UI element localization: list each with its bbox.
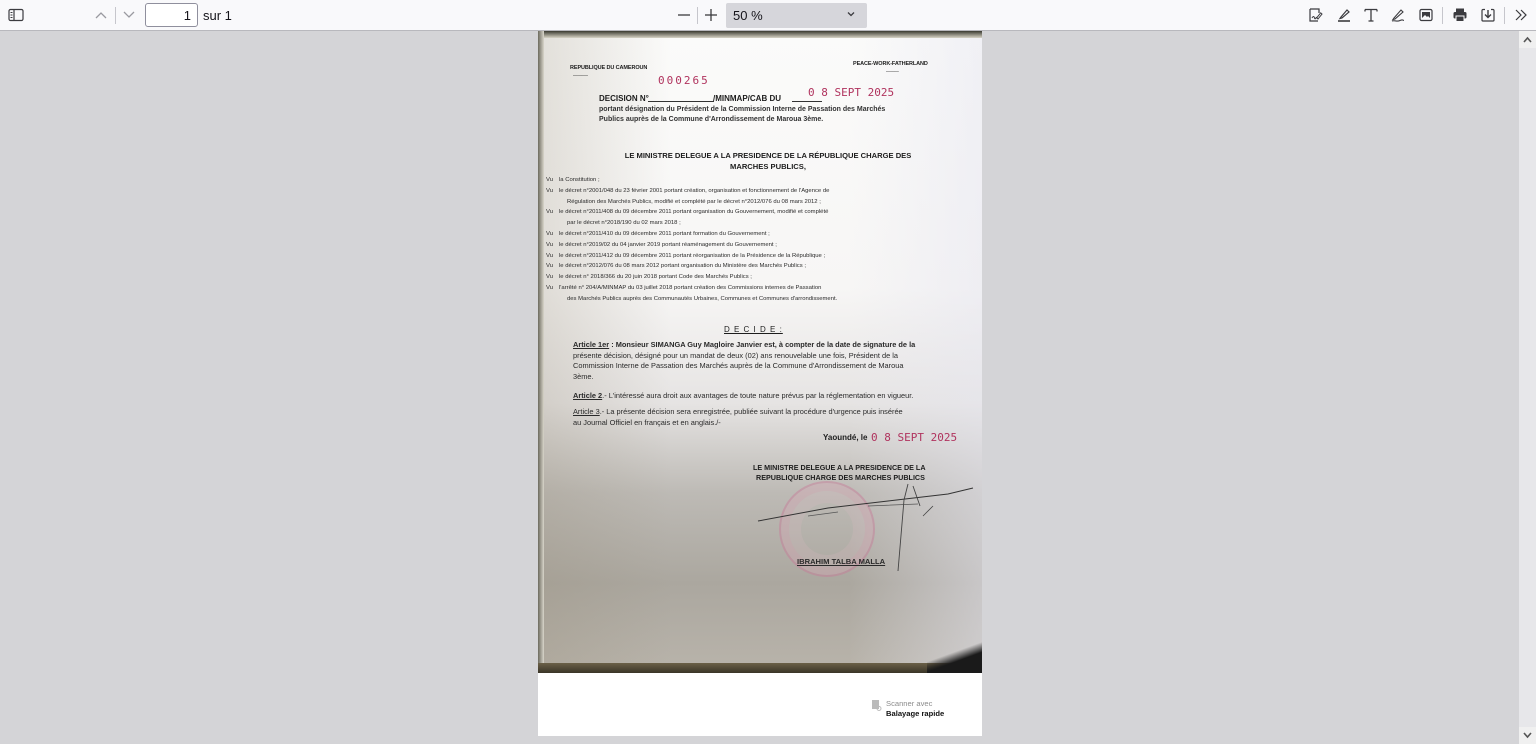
- chevron-down-icon: [1523, 732, 1532, 739]
- image-icon: [1418, 7, 1434, 23]
- previous-page-button[interactable]: [90, 4, 112, 26]
- zoom-level-value: 50 %: [733, 8, 763, 23]
- document-content: REPUBLIQUE DU CAMEROUN ‒‒‒‒‒‒‒ PEACE-WOR…: [538, 31, 982, 673]
- decision-number-stamp: 000265: [658, 74, 710, 87]
- vu-prefix: Vu: [546, 188, 559, 194]
- vu-prefix: Vu: [546, 177, 559, 183]
- vu-item: Vule décret n°2001/048 du 23 février 200…: [546, 188, 829, 194]
- vertical-scrollbar[interactable]: [1519, 31, 1536, 744]
- signatory-name: IBRAHIM TALBA MALLA: [797, 557, 885, 566]
- header-right-rule: ‒‒‒‒‒‒: [886, 68, 899, 73]
- vu-item: Vule décret n°2011/410 du 09 décembre 20…: [546, 231, 770, 237]
- vu-item: Vule décret n° 2018/366 du 20 juin 2018 …: [546, 274, 752, 280]
- article-1-line: 3ème.: [573, 372, 915, 383]
- article-1-line: présente décision, désigné pour un manda…: [573, 351, 915, 362]
- vu-text: l'arrêté n° 204/A/MINMAP du 03 juillet 2…: [559, 285, 821, 291]
- pdf-toolbar: sur 1 50 %: [0, 0, 1536, 31]
- scanner-watermark-line-2: Balayage rapide: [886, 709, 944, 718]
- save-button[interactable]: [1477, 4, 1499, 26]
- decision-date-stamp: 0 8 SEPT 2025: [808, 86, 894, 99]
- place-date-prefix: Yaoundé, le: [823, 433, 867, 442]
- print-icon: [1452, 7, 1468, 23]
- vu-item: Régulation des Marchés Publics, modifié …: [546, 199, 821, 205]
- decision-blank: [648, 101, 714, 102]
- chevron-down-icon: [122, 10, 136, 20]
- scanner-watermark: Scanner avec Balayage rapide: [870, 699, 944, 718]
- separator: [115, 7, 116, 24]
- subject-line-2: Publics auprès de la Commune d'Arrondiss…: [599, 116, 823, 123]
- scroll-down-button[interactable]: [1519, 727, 1536, 744]
- minister-title-line-2: MARCHES PUBLICS,: [546, 162, 982, 171]
- draw-icon: [1390, 7, 1406, 23]
- vu-text: par le décret n°2018/190 du 02 mars 2018…: [567, 220, 681, 226]
- more-tools-icon: [1513, 7, 1529, 23]
- decision-line-mid: /MINMAP/CAB DU: [713, 94, 781, 103]
- zoom-out-button[interactable]: [674, 4, 694, 26]
- vu-prefix: Vu: [546, 274, 559, 280]
- article-2: Article 2.- L'intéressé aura droit aux a…: [573, 391, 913, 402]
- draw-button[interactable]: [1387, 4, 1409, 26]
- article-3: Article 3.- La présente décision sera en…: [573, 407, 903, 428]
- decision-line-prefix: DECISION N°: [599, 94, 649, 103]
- vu-prefix: Vu: [546, 263, 559, 269]
- signature-icon: [1308, 7, 1324, 23]
- vu-prefix: Vu: [546, 253, 559, 259]
- minister-title-line-1: LE MINISTRE DELEGUE A LA PRESIDENCE DE L…: [546, 151, 982, 160]
- text-icon: [1363, 7, 1379, 23]
- vu-item: Vule décret n°2011/408 du 09 décembre 20…: [546, 209, 828, 215]
- vu-item: des Marchés Publics auprès des Communaut…: [546, 296, 837, 302]
- vu-text: le décret n°2011/410 du 09 décembre 2011…: [559, 231, 770, 237]
- vu-item: Vule décret n°2019/02 du 04 janvier 2019…: [546, 242, 777, 248]
- vu-text: Régulation des Marchés Publics, modifié …: [567, 199, 821, 205]
- zoom-in-button[interactable]: [701, 4, 721, 26]
- chevron-up-icon: [94, 10, 108, 20]
- vu-text: le décret n°2011/412 du 09 décembre 2011…: [559, 253, 825, 259]
- add-signature-button[interactable]: [1305, 4, 1327, 26]
- vu-prefix: Vu: [546, 231, 559, 237]
- vu-item: Vula Constitution ;: [546, 177, 600, 183]
- next-page-button[interactable]: [118, 4, 140, 26]
- signatory-title-line-1: LE MINISTRE DELEGUE A LA PRESIDENCE DE L…: [753, 463, 926, 472]
- vu-prefix: Vu: [546, 242, 559, 248]
- vu-text: le décret n°2019/02 du 04 janvier 2019 p…: [559, 242, 777, 248]
- chevron-up-icon: [1523, 36, 1532, 43]
- separator: [697, 7, 698, 24]
- highlight-button[interactable]: [1333, 4, 1355, 26]
- vu-text: le décret n°2001/048 du 23 février 2001 …: [559, 188, 829, 194]
- date-blank: [792, 101, 822, 102]
- sidebar-toggle-button[interactable]: [6, 4, 26, 26]
- vu-prefix: Vu: [546, 209, 559, 215]
- scanner-icon: [870, 699, 882, 711]
- vu-text: le décret n° 2018/366 du 20 juin 2018 po…: [559, 274, 752, 280]
- vu-item: Vul'arrêté n° 204/A/MINMAP du 03 juillet…: [546, 285, 821, 291]
- vu-text: des Marchés Publics auprès des Communaut…: [567, 296, 837, 302]
- page-number-input[interactable]: [145, 3, 198, 27]
- decide-heading: D E C I D E :: [724, 325, 783, 334]
- vu-text: la Constitution ;: [559, 177, 600, 183]
- pdf-page-1: REPUBLIQUE DU CAMEROUN ‒‒‒‒‒‒‒ PEACE-WOR…: [538, 31, 982, 736]
- print-button[interactable]: [1449, 4, 1471, 26]
- place-date-stamp: 0 8 SEPT 2025: [871, 431, 957, 444]
- separator: [1504, 7, 1505, 24]
- scroll-up-button[interactable]: [1519, 31, 1536, 48]
- highlight-icon: [1336, 7, 1352, 23]
- vu-item: par le décret n°2018/190 du 02 mars 2018…: [546, 220, 681, 226]
- add-image-button[interactable]: [1415, 4, 1437, 26]
- subject-line-1: portant désignation du Président de la C…: [599, 106, 885, 113]
- zoom-level-select[interactable]: 50 %: [726, 3, 867, 28]
- separator: [1442, 7, 1443, 24]
- vu-item: Vule décret n°2011/412 du 09 décembre 20…: [546, 253, 825, 259]
- plus-icon: [704, 8, 718, 22]
- header-left-rule: ‒‒‒‒‒‒‒: [573, 72, 588, 77]
- header-left: REPUBLIQUE DU CAMEROUN: [570, 65, 647, 71]
- more-tools-button[interactable]: [1510, 4, 1532, 26]
- article-3-line: au Journal Officiel en français et en an…: [573, 418, 903, 429]
- article-3-label: Article 3: [573, 407, 600, 416]
- article-1-line: Commission Interne de Passation des Marc…: [573, 361, 915, 372]
- article-2-text: .- L'intéressé aura droit aux avantages …: [602, 391, 913, 400]
- chevron-down-icon: [845, 8, 857, 20]
- article-2-label: Article 2: [573, 391, 602, 400]
- sidebar-icon: [8, 8, 24, 22]
- article-1-line: : Monsieur SIMANGA Guy Magloire Janvier …: [609, 340, 915, 349]
- header-right: PEACE-WORK-FATHERLAND: [853, 61, 928, 67]
- save-icon: [1480, 7, 1496, 23]
- vu-prefix: Vu: [546, 285, 559, 291]
- article-3-line: .- La présente décision sera enregistrée…: [600, 407, 903, 416]
- page-count-label: sur 1: [203, 8, 232, 23]
- scanner-watermark-line-1: Scanner avec: [886, 699, 944, 708]
- article-1: Article 1er : Monsieur SIMANGA Guy Maglo…: [573, 340, 915, 382]
- add-text-button[interactable]: [1360, 4, 1382, 26]
- vu-text: le décret n°2011/408 du 09 décembre 2011…: [559, 209, 828, 215]
- article-1-label: Article 1er: [573, 340, 609, 349]
- minus-icon: [677, 8, 691, 22]
- vu-text: le décret n°2012/076 du 08 mars 2012 por…: [559, 263, 806, 269]
- vu-item: Vule décret n°2012/076 du 08 mars 2012 p…: [546, 263, 806, 269]
